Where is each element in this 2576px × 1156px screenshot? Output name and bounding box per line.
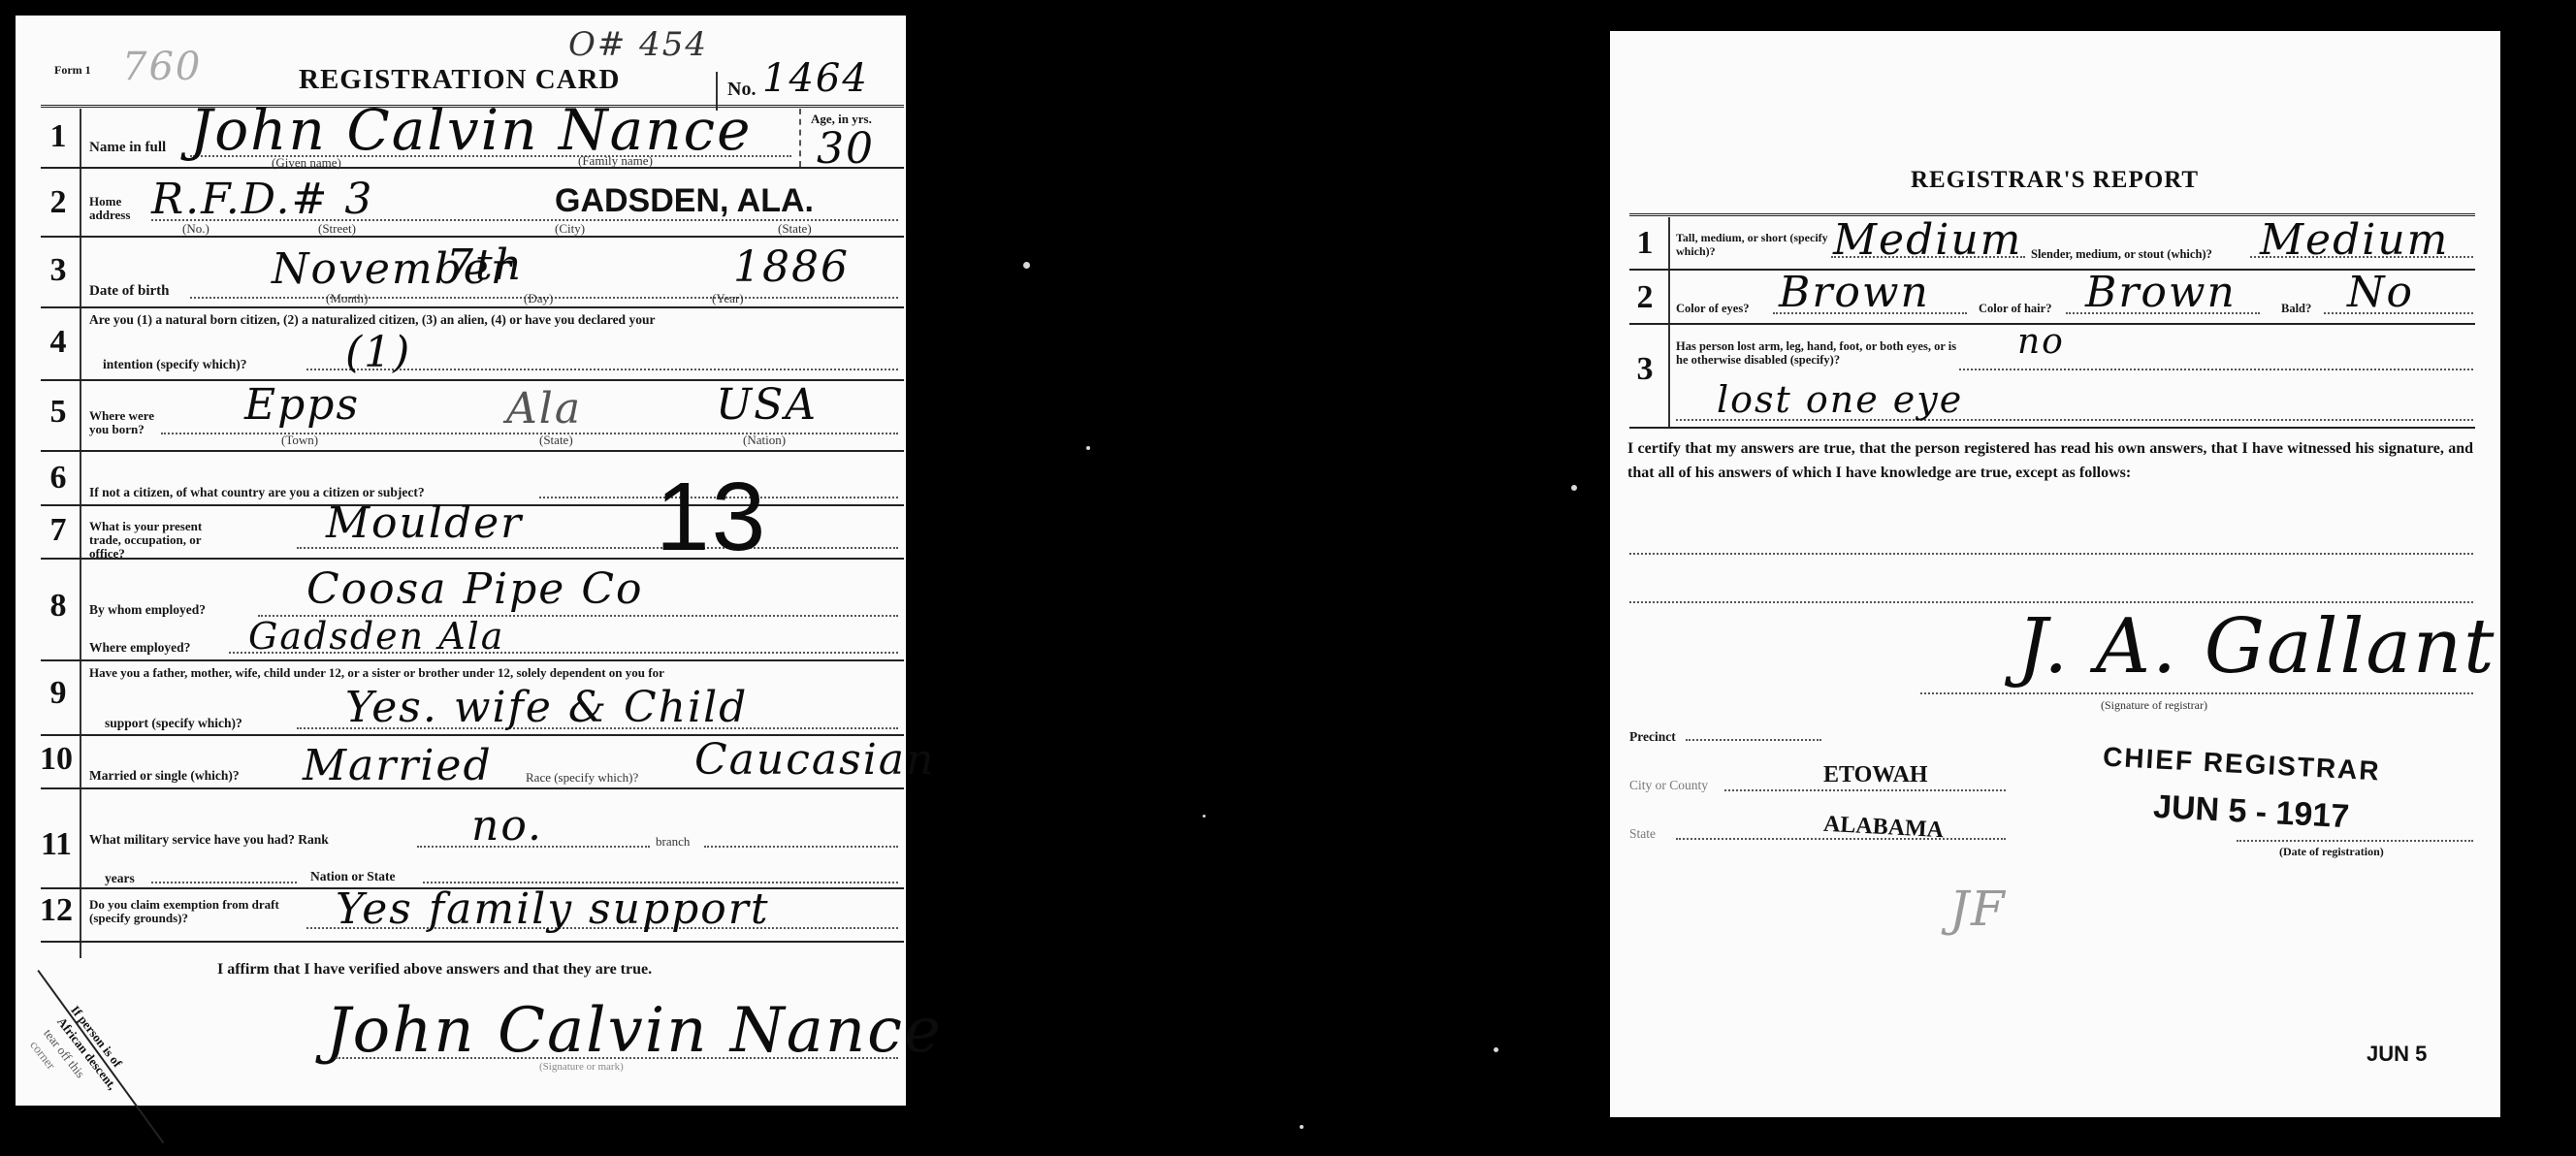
age-value: 30 [817, 124, 875, 174]
hair-color-label: Color of hair? [1979, 301, 2051, 316]
employer-value: Coosa Pipe Co [306, 564, 643, 614]
birth-date-label: Date of birth [89, 283, 170, 299]
registration-date-stamp: JUN 5 - 1917 [2152, 788, 2350, 837]
bald-value: No [2347, 268, 2414, 317]
disability-value: no [2017, 322, 2065, 362]
signature-caption: (Signature or mark) [539, 1061, 624, 1073]
race-label: Race (specify which)? [526, 770, 638, 786]
dependents-question: Have you a father, mother, wife, child u… [89, 665, 664, 681]
city-caption: (City) [555, 221, 585, 237]
marital-status-label: Married or single (which)? [89, 768, 240, 784]
disability-label: Has person lost arm, leg, hand, foot, or… [1676, 339, 1967, 367]
birth-day: 7th [446, 241, 524, 290]
row-number: 6 [39, 460, 78, 497]
scan-speck [1300, 1125, 1304, 1129]
row-number: 3 [39, 252, 78, 289]
row-rule [41, 450, 904, 452]
card-number: 1464 [762, 56, 869, 101]
date-caption: (Date of registration) [2279, 844, 2384, 859]
birth-state: Ala [506, 384, 582, 433]
signature-line [336, 1057, 898, 1059]
military-service-label: What military service have you had? Rank [89, 832, 329, 848]
row-number: 11 [37, 826, 76, 863]
address-number: R.F.D.# 3 [151, 175, 373, 224]
nation-caption: (Nation) [743, 433, 786, 448]
row-rule [41, 167, 904, 169]
card-title: REGISTRATION CARD [299, 64, 620, 96]
given-name-caption: (Given name) [272, 155, 341, 171]
citizenship-question: Are you (1) a natural born citizen, (2) … [89, 312, 655, 328]
family-name-caption: (Family name) [578, 153, 653, 169]
month-caption: (Month) [326, 291, 368, 306]
form-label: Form 1 [54, 62, 91, 78]
state-label: State [1629, 826, 1656, 842]
scan-speck [1086, 446, 1090, 450]
marital-status-value: Married [303, 741, 493, 790]
occupation-label: What is your present trade, occupation, … [89, 520, 235, 561]
scan-speck [1203, 815, 1206, 818]
certification-text: I certify that my answers are true, that… [1627, 436, 2473, 485]
row-number: 7 [39, 512, 78, 549]
exception-line-1 [1629, 553, 2473, 555]
race-value: Caucasian [694, 735, 935, 785]
eye-color-label: Color of eyes? [1676, 301, 1749, 316]
registration-card: Form 1 760 REGISTRATION CARD O# 454 No. … [16, 16, 906, 1106]
branch-label: branch [656, 834, 690, 850]
employer-label: By whom employed? [89, 602, 206, 618]
registrar-signature-caption: (Signature of registrar) [2101, 698, 2207, 713]
county-line [1724, 789, 2006, 791]
birthplace-label: Where were you born? [89, 409, 157, 436]
registrars-report-card: REGISTRAR'S REPORT 1 2 3 Tall, medium, o… [1610, 31, 2500, 1117]
dependents-value: Yes. wife & Child [345, 683, 748, 732]
row-number: 9 [39, 675, 78, 712]
address-city-stamp: GADSDEN, ALA. [555, 182, 814, 220]
height-label: Tall, medium, or short (specify which)? [1676, 231, 1831, 258]
scan-speck [1494, 1047, 1498, 1052]
exemption-value: Yes family support [336, 884, 770, 934]
row-number: 5 [39, 394, 78, 431]
birth-town: Epps [244, 380, 360, 430]
row-rule [1629, 427, 2475, 429]
work-location-label: Where employed? [89, 640, 190, 656]
name-label: Name in full [89, 140, 166, 155]
scan-speck [1023, 262, 1030, 269]
birth-nation: USA [716, 380, 818, 430]
eye-color-value: Brown [1779, 268, 1930, 317]
row-number: 10 [37, 741, 76, 778]
county-label: City or County [1629, 778, 1708, 793]
affirmation-text: I affirm that I have verified above answ… [217, 962, 652, 978]
exemption-label: Do you claim exemption from draft (speci… [89, 898, 303, 925]
row-number: 8 [39, 588, 78, 625]
home-address-label: Home address [89, 195, 147, 222]
signature-line [1920, 692, 2473, 694]
date-line [2237, 840, 2473, 842]
occupation-annotation: 13 [656, 462, 767, 573]
street-caption: (Street) [318, 221, 356, 237]
year-caption: (Year) [712, 291, 744, 306]
build-label: Slender, medium, or stout (which)? [2031, 246, 2212, 262]
occupation-value: Moulder [326, 498, 523, 548]
bald-label: Bald? [2281, 301, 2311, 316]
row-rule [41, 941, 904, 943]
birth-year: 1886 [733, 242, 850, 292]
disability-detail: lost one eye [1717, 378, 1963, 421]
years-line [151, 882, 297, 883]
row-number: 1 [39, 118, 78, 155]
pencil-number: 760 [122, 45, 202, 89]
scan-speck [1571, 485, 1577, 491]
row-rule [41, 236, 904, 238]
age-divider [799, 109, 801, 167]
initial-mark: JF [1949, 881, 2007, 937]
row-rule [41, 306, 904, 308]
row-number: 3 [1626, 351, 1664, 388]
hair-color-value: Brown [2085, 268, 2237, 317]
precinct-line [1686, 739, 1821, 741]
town-caption: (Town) [281, 433, 318, 448]
build-value: Medium [2260, 215, 2449, 265]
branch-line [704, 846, 898, 848]
nation-state-label: Nation or State [310, 869, 396, 884]
faded-date-stamp: JUN 5 [2367, 1042, 2427, 1067]
disability-line [1959, 369, 2473, 370]
years-label: years [105, 871, 135, 886]
tear-off-corner-line [37, 970, 164, 1143]
work-location-value: Gadsden Ala [248, 615, 504, 658]
state-caption: (State) [539, 433, 573, 448]
registrant-signature: John Calvin Nance [326, 995, 943, 1067]
no-caption: (No.) [182, 221, 209, 237]
height-value: Medium [1833, 215, 2022, 265]
serial-annotation: O# 454 [568, 25, 708, 64]
row-number: 2 [1626, 279, 1664, 316]
state-caption: (State) [778, 221, 812, 237]
name-value: John Calvin Nance [190, 97, 752, 163]
number-label: No. [727, 81, 756, 97]
citizenship-question-cont: intention (specify which)? [103, 357, 247, 372]
citizenship-value: (1) [345, 328, 411, 377]
row-number: 12 [37, 892, 76, 929]
chief-registrar-stamp: CHIEF REGISTRAR [2102, 742, 2381, 787]
row-number: 2 [39, 184, 78, 221]
registrar-signature: J. A. Gallant [2017, 603, 2496, 690]
row-rule [41, 659, 904, 661]
dependents-question-cont: support (specify which)? [105, 716, 242, 731]
row-number: 4 [39, 324, 78, 361]
precinct-label: Precinct [1629, 729, 1676, 745]
day-caption: (Day) [524, 291, 553, 306]
nation-state-line [423, 882, 898, 883]
county-stamp: ETOWAH [1823, 762, 1928, 788]
rank-value: no. [471, 801, 543, 851]
report-title: REGISTRAR'S REPORT [1911, 167, 2199, 194]
row-number: 1 [1626, 225, 1664, 262]
